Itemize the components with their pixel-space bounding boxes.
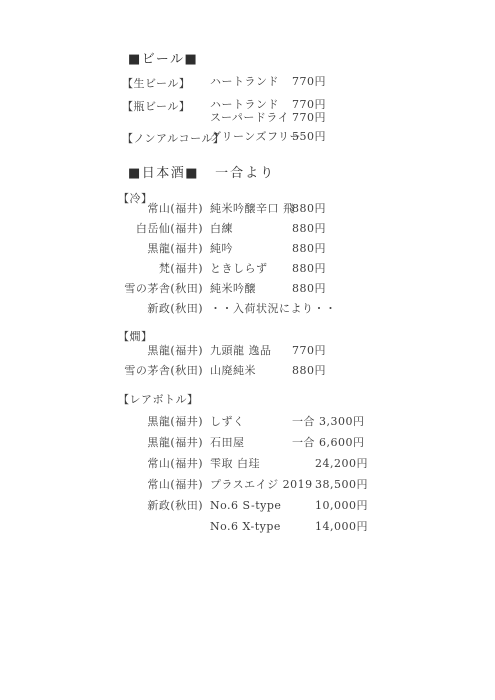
price: 770円 — [292, 98, 326, 111]
sake-row: 梵(福井) ときしらず 880円 — [118, 259, 368, 279]
price: 880円 — [292, 279, 368, 299]
sake-title-text: ■日本酒■ — [128, 166, 199, 181]
product-name: 純米吟醸 — [210, 279, 292, 299]
price: 14,000円 — [292, 516, 368, 537]
product-name: 山廃純米 — [210, 361, 292, 381]
menu-item-non-alcohol: 【ノンアルコール】 グリーンズフリー 550円 — [122, 130, 326, 146]
menu-item-draft-beer: 【生ビール】 ハートランド 770円 — [122, 75, 326, 91]
item-line: グリーンズフリー 550円 — [210, 130, 326, 143]
item-lines: ハートランド 770円 スーパードライ 770円 — [210, 98, 326, 124]
item-lines: グリーンズフリー 550円 — [210, 130, 326, 146]
brewery-name: 黒龍(福井) — [118, 239, 206, 259]
product-name: スーパードライ — [210, 111, 292, 124]
beer-section: 【生ビール】 ハートランド 770円 【瓶ビール】 ハートランド 770円 スー… — [122, 75, 326, 146]
price: 一合 3,300円 — [292, 411, 368, 432]
item-line: ハートランド 770円 — [210, 75, 326, 88]
product-name: 石田屋 — [210, 432, 292, 453]
rare-subsection-title: 【レアボトル】 — [118, 394, 199, 406]
brewery-name: 白岳仙(福井) — [118, 219, 206, 239]
product-name: 純吟 — [210, 239, 292, 259]
availability-note: ・・入荷状況により・・ — [210, 299, 292, 319]
sake-row: 雪の茅舎(秋田) 純米吟醸 880円 — [118, 279, 368, 299]
price: 770円 — [292, 111, 326, 124]
sake-row: 黒龍(福井) しずく 一合 3,300円 — [118, 411, 368, 432]
sake-row: 黒龍(福井) 九頭龍 逸品 770円 — [118, 341, 368, 361]
price: 880円 — [292, 239, 368, 259]
price: 880円 — [292, 219, 368, 239]
sake-row: 新政(秋田) ・・入荷状況により・・ — [118, 299, 368, 319]
product-name: しずく — [210, 411, 292, 432]
brewery-name: 雪の茅舎(秋田) — [118, 279, 206, 299]
item-line: スーパードライ 770円 — [210, 111, 326, 124]
cold-subsection: 常山(福井) 純米吟醸辛口 飛 880円 白岳仙(福井) 白練 880円 黒龍(… — [118, 199, 368, 319]
brewery-name: 新政(秋田) — [118, 299, 206, 319]
sake-section-title: ■日本酒■一合より — [128, 167, 275, 181]
product-name: No.6 S-type — [210, 495, 292, 516]
drink-menu-page: ■ビール■ 【生ビール】 ハートランド 770円 【瓶ビール】 ハートランド 7… — [0, 0, 495, 700]
product-name: 九頭龍 逸品 — [210, 341, 292, 361]
brewery-name — [118, 516, 206, 537]
brewery-name: 黒龍(福井) — [118, 341, 206, 361]
price — [292, 299, 368, 319]
product-name: 白練 — [210, 219, 292, 239]
brewery-name: 常山(福井) — [118, 453, 206, 474]
sake-row: 常山(福井) 純米吟醸辛口 飛 880円 — [118, 199, 368, 219]
menu-item-bottled-beer: 【瓶ビール】 ハートランド 770円 スーパードライ 770円 — [122, 98, 326, 124]
price: 10,000円 — [292, 495, 368, 516]
price: 550円 — [292, 130, 326, 143]
product-name: プラスエイジ 2019 — [210, 474, 292, 495]
sake-row: 常山(福井) 雫取 白珪 24,200円 — [118, 453, 368, 474]
product-name: No.6 X-type — [210, 516, 292, 537]
warm-subsection: 黒龍(福井) 九頭龍 逸品 770円 雪の茅舎(秋田) 山廃純米 880円 — [118, 341, 368, 381]
sake-title-note: 一合より — [215, 166, 275, 181]
sake-row: 黒龍(福井) 純吟 880円 — [118, 239, 368, 259]
sake-row: 常山(福井) プラスエイジ 2019 38,500円 — [118, 474, 368, 495]
item-line: ハートランド 770円 — [210, 98, 326, 111]
beer-section-title: ■ビール■ — [128, 53, 198, 67]
brewery-name: 黒龍(福井) — [118, 411, 206, 432]
product-name: ハートランド — [210, 98, 292, 111]
brewery-name: 常山(福井) — [118, 474, 206, 495]
sake-row: 雪の茅舎(秋田) 山廃純米 880円 — [118, 361, 368, 381]
brewery-name: 新政(秋田) — [118, 495, 206, 516]
product-name: 純米吟醸辛口 飛 — [210, 199, 292, 219]
price: 770円 — [292, 341, 368, 361]
brewery-name: 黒龍(福井) — [118, 432, 206, 453]
product-name: 雫取 白珪 — [210, 453, 292, 474]
item-label: 【ノンアルコール】 — [122, 130, 210, 146]
item-label: 【瓶ビール】 — [122, 98, 210, 124]
brewery-name: 常山(福井) — [118, 199, 206, 219]
price: 880円 — [292, 259, 368, 279]
sake-row: 黒龍(福井) 石田屋 一合 6,600円 — [118, 432, 368, 453]
price: 一合 6,600円 — [292, 432, 368, 453]
price: 880円 — [292, 199, 368, 219]
price: 24,200円 — [292, 453, 368, 474]
price: 880円 — [292, 361, 368, 381]
product-name: グリーンズフリー — [210, 130, 292, 143]
brewery-name: 梵(福井) — [118, 259, 206, 279]
sake-row: 白岳仙(福井) 白練 880円 — [118, 219, 368, 239]
rare-subsection: 黒龍(福井) しずく 一合 3,300円 黒龍(福井) 石田屋 一合 6,600… — [118, 411, 368, 537]
brewery-name: 雪の茅舎(秋田) — [118, 361, 206, 381]
sake-row: No.6 X-type 14,000円 — [118, 516, 368, 537]
sake-row: 新政(秋田) No.6 S-type 10,000円 — [118, 495, 368, 516]
item-lines: ハートランド 770円 — [210, 75, 326, 91]
item-label: 【生ビール】 — [122, 75, 210, 91]
product-name: ときしらず — [210, 259, 292, 279]
price: 770円 — [292, 75, 326, 88]
product-name: ハートランド — [210, 75, 292, 88]
price: 38,500円 — [292, 474, 368, 495]
